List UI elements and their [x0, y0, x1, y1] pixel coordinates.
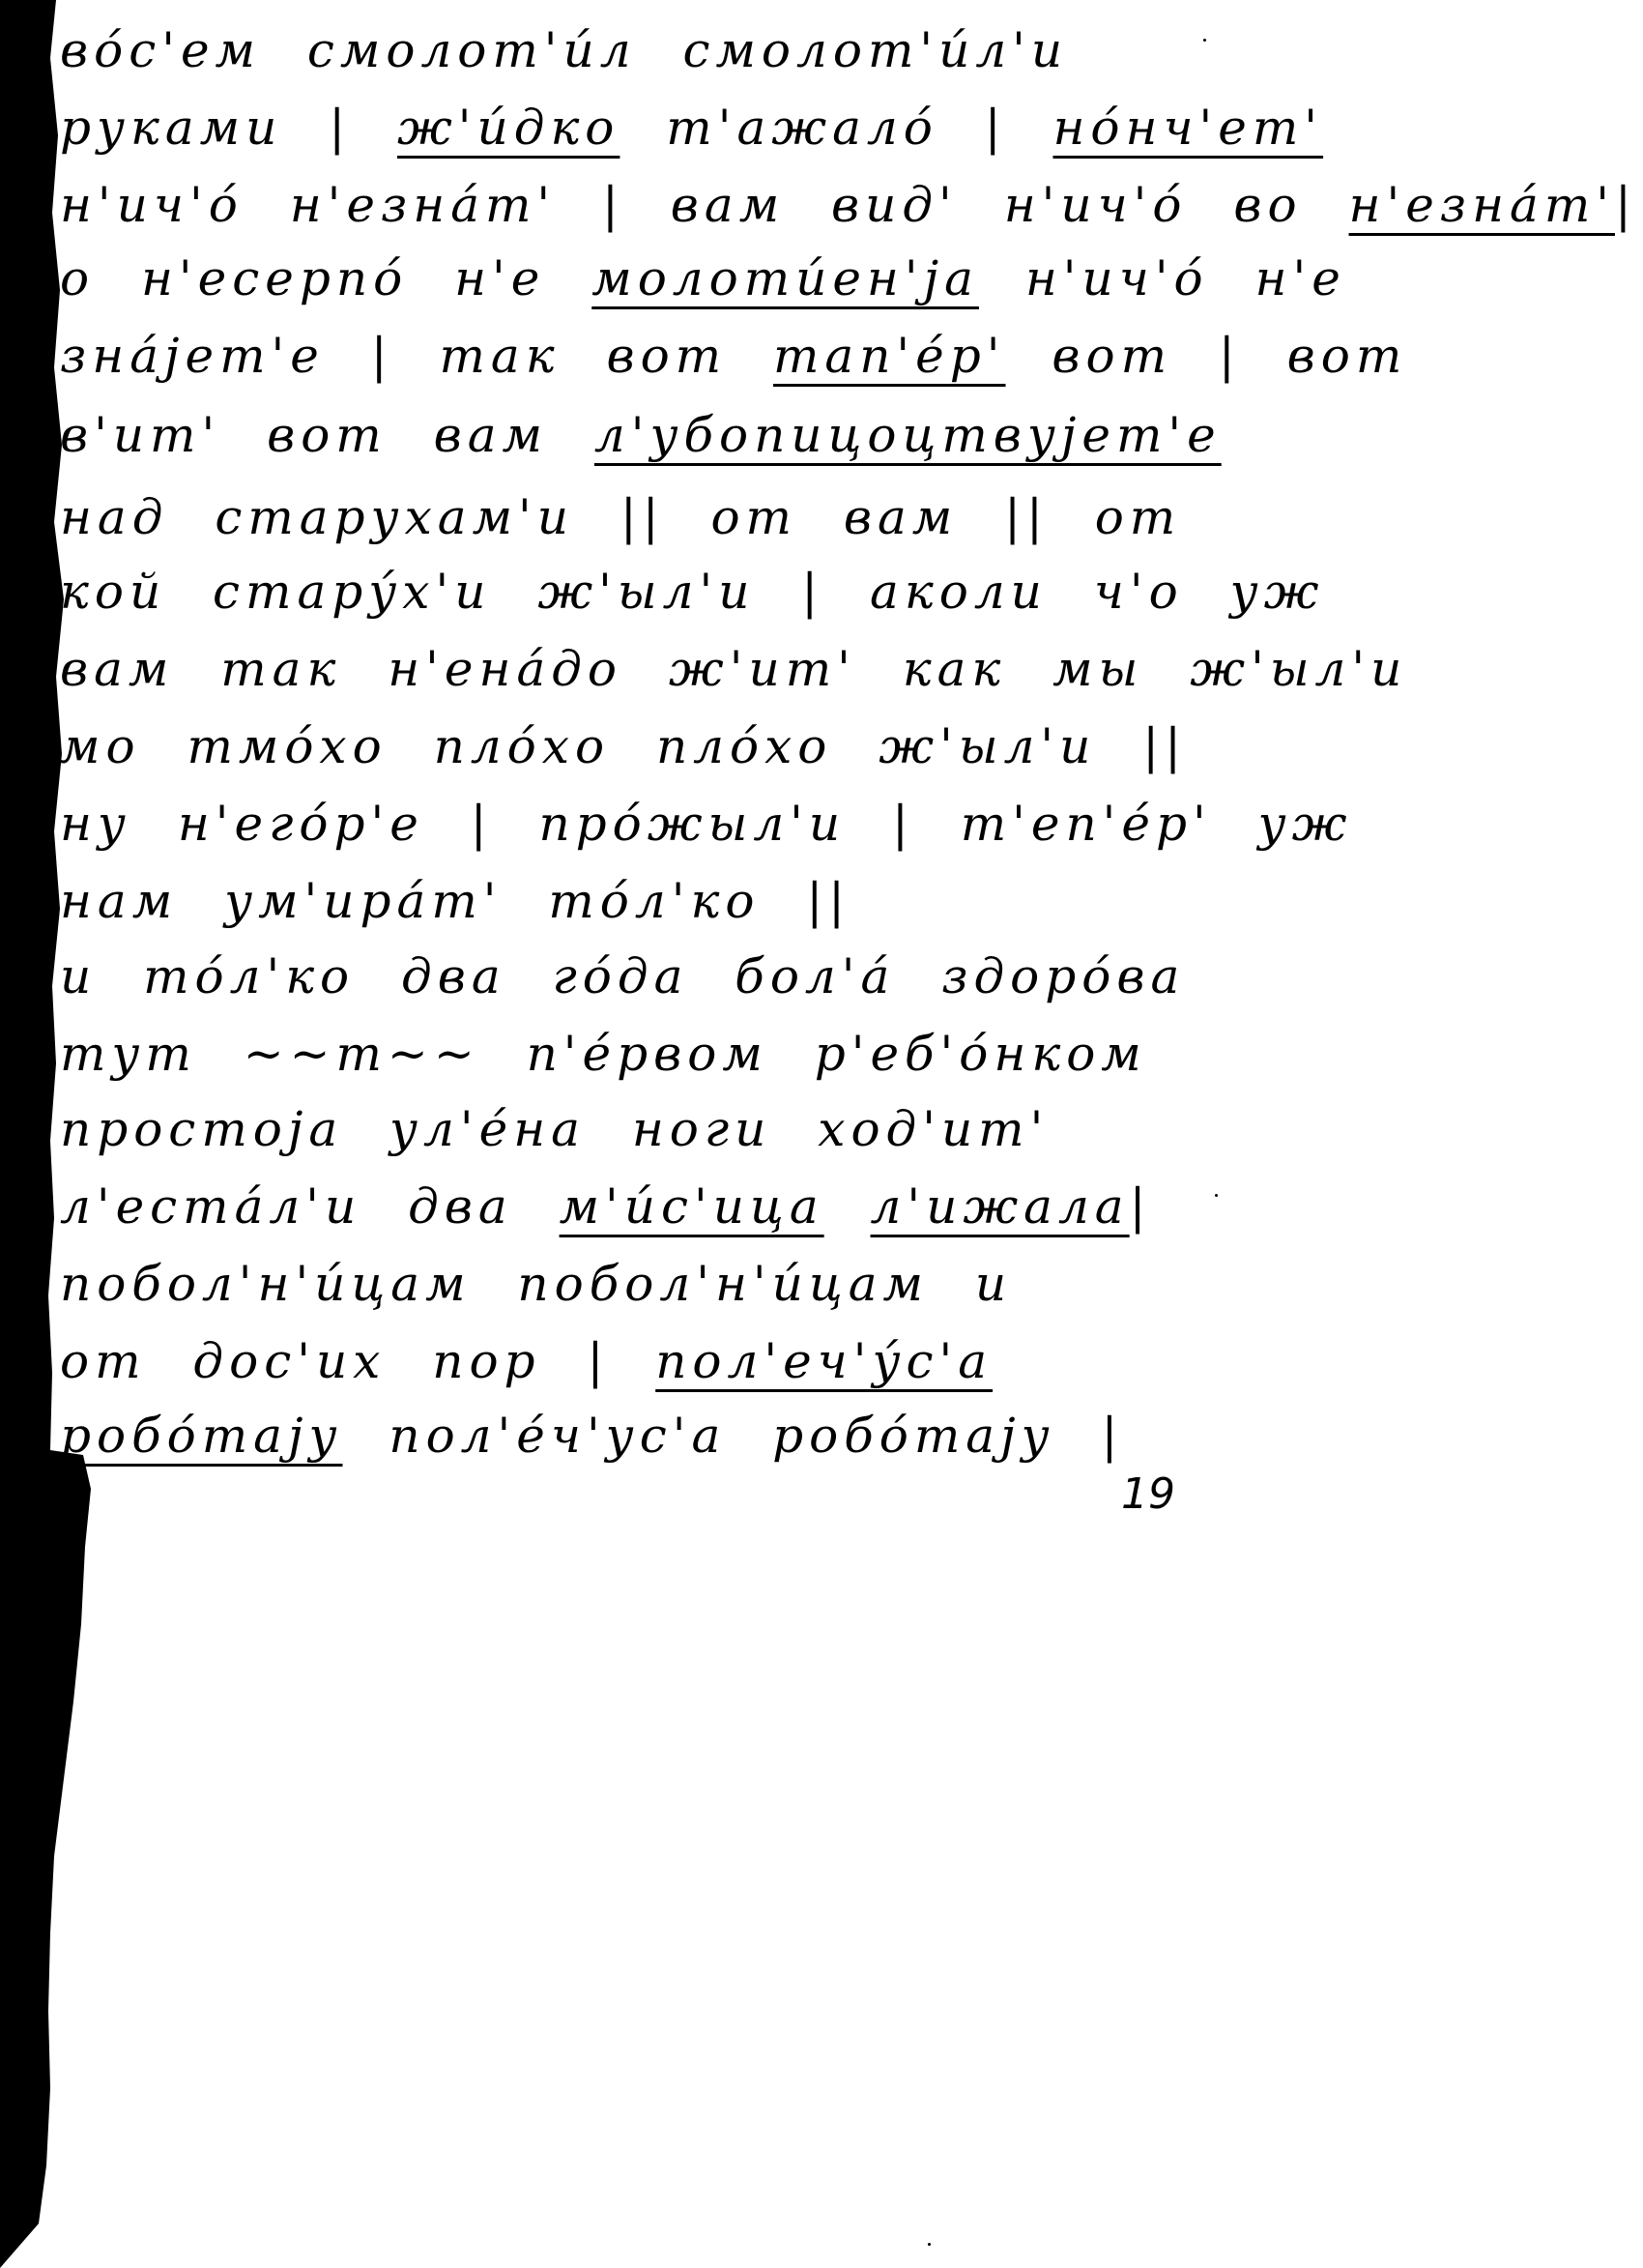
text-segment: | — [1130, 1178, 1152, 1235]
text-segment: простоја ул'е́на ноги ход'ит' — [60, 1101, 1049, 1157]
text-line: над старухам'и || от вам || от — [60, 488, 1181, 546]
underlined-word: робо́тају — [60, 1408, 342, 1464]
text-segment — [824, 1178, 871, 1235]
text-line: о н'есерпо́ н'е молоти́ен'ја н'ич'о́ н'е — [60, 249, 1346, 307]
text-segment: над старухам'и || от вам || от — [60, 489, 1181, 545]
text-segment: о н'есерпо́ н'е — [60, 250, 591, 306]
text-segment: н'ич'о́ н'езна́т' | вам вид' н'ич'о́ во — [60, 177, 1349, 233]
text-line: руками | ж'и́дко т'ажало́ | но́нч'ет' — [60, 99, 1323, 157]
text-line: кой стару́х'и ж'ыл'и | аколи ч'о уж — [60, 563, 1324, 621]
underlined-word: л'ижала — [871, 1178, 1130, 1235]
text-segment: побол'н'и́цам побол'н'и́цам и — [60, 1256, 1012, 1312]
text-segment: вот | вот — [1006, 328, 1408, 384]
text-segment: зна́јет'е | так вот — [60, 328, 773, 384]
underlined-word: но́нч'ет' — [1052, 100, 1323, 156]
underlined-word: тап'е́р' — [773, 328, 1006, 384]
text-line: робо́тају пол'е́ч'ус'а робо́тају | — [60, 1407, 1123, 1465]
underlined-word: молоти́ен'ја — [591, 250, 979, 306]
text-segment: во́с'ем смолот'и́л смолот'и́л'и — [60, 22, 1068, 78]
underlined-word: л'убопицоцтвујет'е — [594, 407, 1222, 463]
text-line: нам ум'ира́т' то́л'ко || — [60, 872, 850, 930]
text-segment: тут ~~т~~ п'е́рвом р'еб'о́нком — [60, 1026, 1147, 1082]
text-line: зна́јет'е | так вот тап'е́р' вот | вот — [60, 327, 1407, 385]
text-segment: | — [1615, 177, 1637, 233]
text-line: во́с'ем смолот'и́л смолот'и́л'и — [60, 21, 1068, 79]
text-segment: руками | — [60, 100, 397, 156]
text-segment: мо тмо́хо пло́хо пло́хо ж'ыл'и || — [60, 718, 1187, 774]
text-segment: и то́л'ко два го́да бол'а́ здоро́ва — [60, 948, 1185, 1004]
text-line: мо тмо́хо пло́хо пло́хо ж'ыл'и || — [60, 717, 1187, 775]
underlined-word: ж'и́дко — [397, 100, 620, 156]
scan-speck — [1203, 39, 1206, 42]
page-number: 19 — [1121, 1469, 1175, 1519]
underlined-word: пол'еч'у́с'а — [655, 1333, 993, 1389]
text-line: тут ~~т~~ п'е́рвом р'еб'о́нком — [60, 1025, 1147, 1083]
text-segment: т'ажало́ | — [620, 100, 1052, 156]
text-line: л'еста́л'и два м'и́с'ица л'ижала| — [60, 1178, 1151, 1236]
text-line: простоја ул'е́на ноги ход'ит' — [60, 1100, 1049, 1158]
text-segment: н'ич'о́ н'е — [979, 250, 1346, 306]
text-segment: кой стару́х'и ж'ыл'и | аколи ч'о уж — [60, 564, 1324, 620]
text-line: н'ич'о́ н'езна́т' | вам вид' н'ич'о́ во … — [60, 176, 1637, 234]
text-line: ну н'его́р'е | про́жыл'и | т'еп'е́р' уж — [60, 795, 1353, 853]
text-line: и то́л'ко два го́да бол'а́ здоро́ва — [60, 947, 1185, 1005]
underlined-word: н'езна́т' — [1349, 177, 1615, 233]
text-segment: пол'е́ч'ус'а робо́тају | — [342, 1408, 1123, 1464]
underlined-word: м'и́с'ица — [560, 1178, 824, 1235]
text-line: вам так н'ена́до ж'ит' как мы ж'ыл'и — [60, 640, 1407, 698]
text-segment: вам так н'ена́до ж'ит' как мы ж'ыл'и — [60, 641, 1407, 697]
text-segment: от дос'их пор | — [60, 1333, 655, 1389]
text-line: побол'н'и́цам побол'н'и́цам и — [60, 1255, 1012, 1313]
text-segment: л'еста́л'и два — [60, 1178, 560, 1235]
text-line: от дос'их пор | пол'еч'у́с'а — [60, 1332, 993, 1390]
scan-speck — [928, 2243, 931, 2246]
scanned-page: во́с'ем смолот'и́л смолот'и́л'ируками | … — [0, 0, 1643, 2268]
text-segment: нам ум'ира́т' то́л'ко || — [60, 873, 850, 929]
scan-speck — [1215, 1194, 1218, 1197]
text-segment: в'ит' вот вам — [60, 407, 594, 463]
text-segment: ну н'его́р'е | про́жыл'и | т'еп'е́р' уж — [60, 796, 1353, 852]
text-line: в'ит' вот вам л'убопицоцтвујет'е — [60, 406, 1222, 464]
